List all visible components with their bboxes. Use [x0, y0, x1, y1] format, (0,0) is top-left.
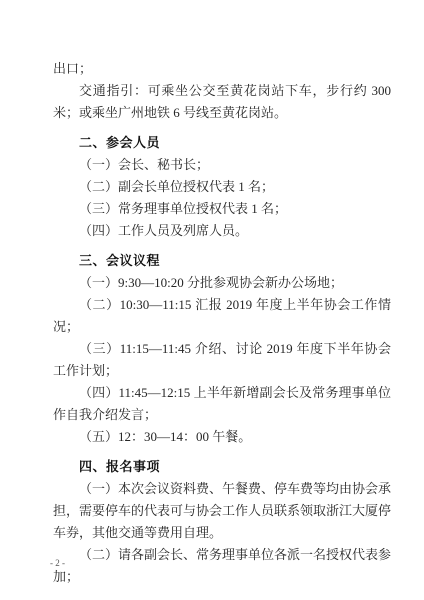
list-item: （一）9:30—10:20 分批参观协会新办公场地； — [53, 272, 391, 294]
page-number: - 2 - — [50, 558, 65, 568]
section-heading-agenda: 三、会议议程 — [53, 250, 391, 272]
document-body: 出口； 交通指引：可乘坐公交至黄花岗站下车，步行约 300 米；或乘坐广州地铁 … — [53, 58, 391, 588]
paragraph-continuation: 出口； — [53, 58, 391, 80]
list-item: （一）本次会议资料费、午餐费、停车费等均由协会承担，需要停车的代表可与协会工作人… — [53, 478, 391, 544]
list-item: （四）11:45—12:15 上半年新增副会长及常务理事单位作自我介绍发言； — [53, 382, 391, 426]
list-item: （二）请各副会长、常务理事单位各派一名授权代表参加； — [53, 544, 391, 588]
list-item: （二）10:30—11:15 汇报 2019 年度上半年协会工作情况； — [53, 294, 391, 338]
list-item: （二）副会长单位授权代表 1 名； — [53, 176, 391, 198]
list-item: （一）会长、秘书长； — [53, 154, 391, 176]
paragraph-traffic-guide: 交通指引：可乘坐公交至黄花岗站下车，步行约 300 米；或乘坐广州地铁 6 号线… — [53, 80, 391, 124]
section-heading-participants: 二、参会人员 — [53, 132, 391, 154]
list-item: （四）工作人员及列席人员。 — [53, 220, 391, 242]
section-heading-registration: 四、报名事项 — [53, 456, 391, 478]
list-item: （三）11:15—11:45 介绍、讨论 2019 年度下半年协会工作计划； — [53, 338, 391, 382]
list-item: （五）12：30—14：00 午餐。 — [53, 426, 391, 448]
list-item: （三）常务理事单位授权代表 1 名； — [53, 198, 391, 220]
document-page: 出口； 交通指引：可乘坐公交至黄花岗站下车，步行约 300 米；或乘坐广州地铁 … — [0, 0, 424, 600]
